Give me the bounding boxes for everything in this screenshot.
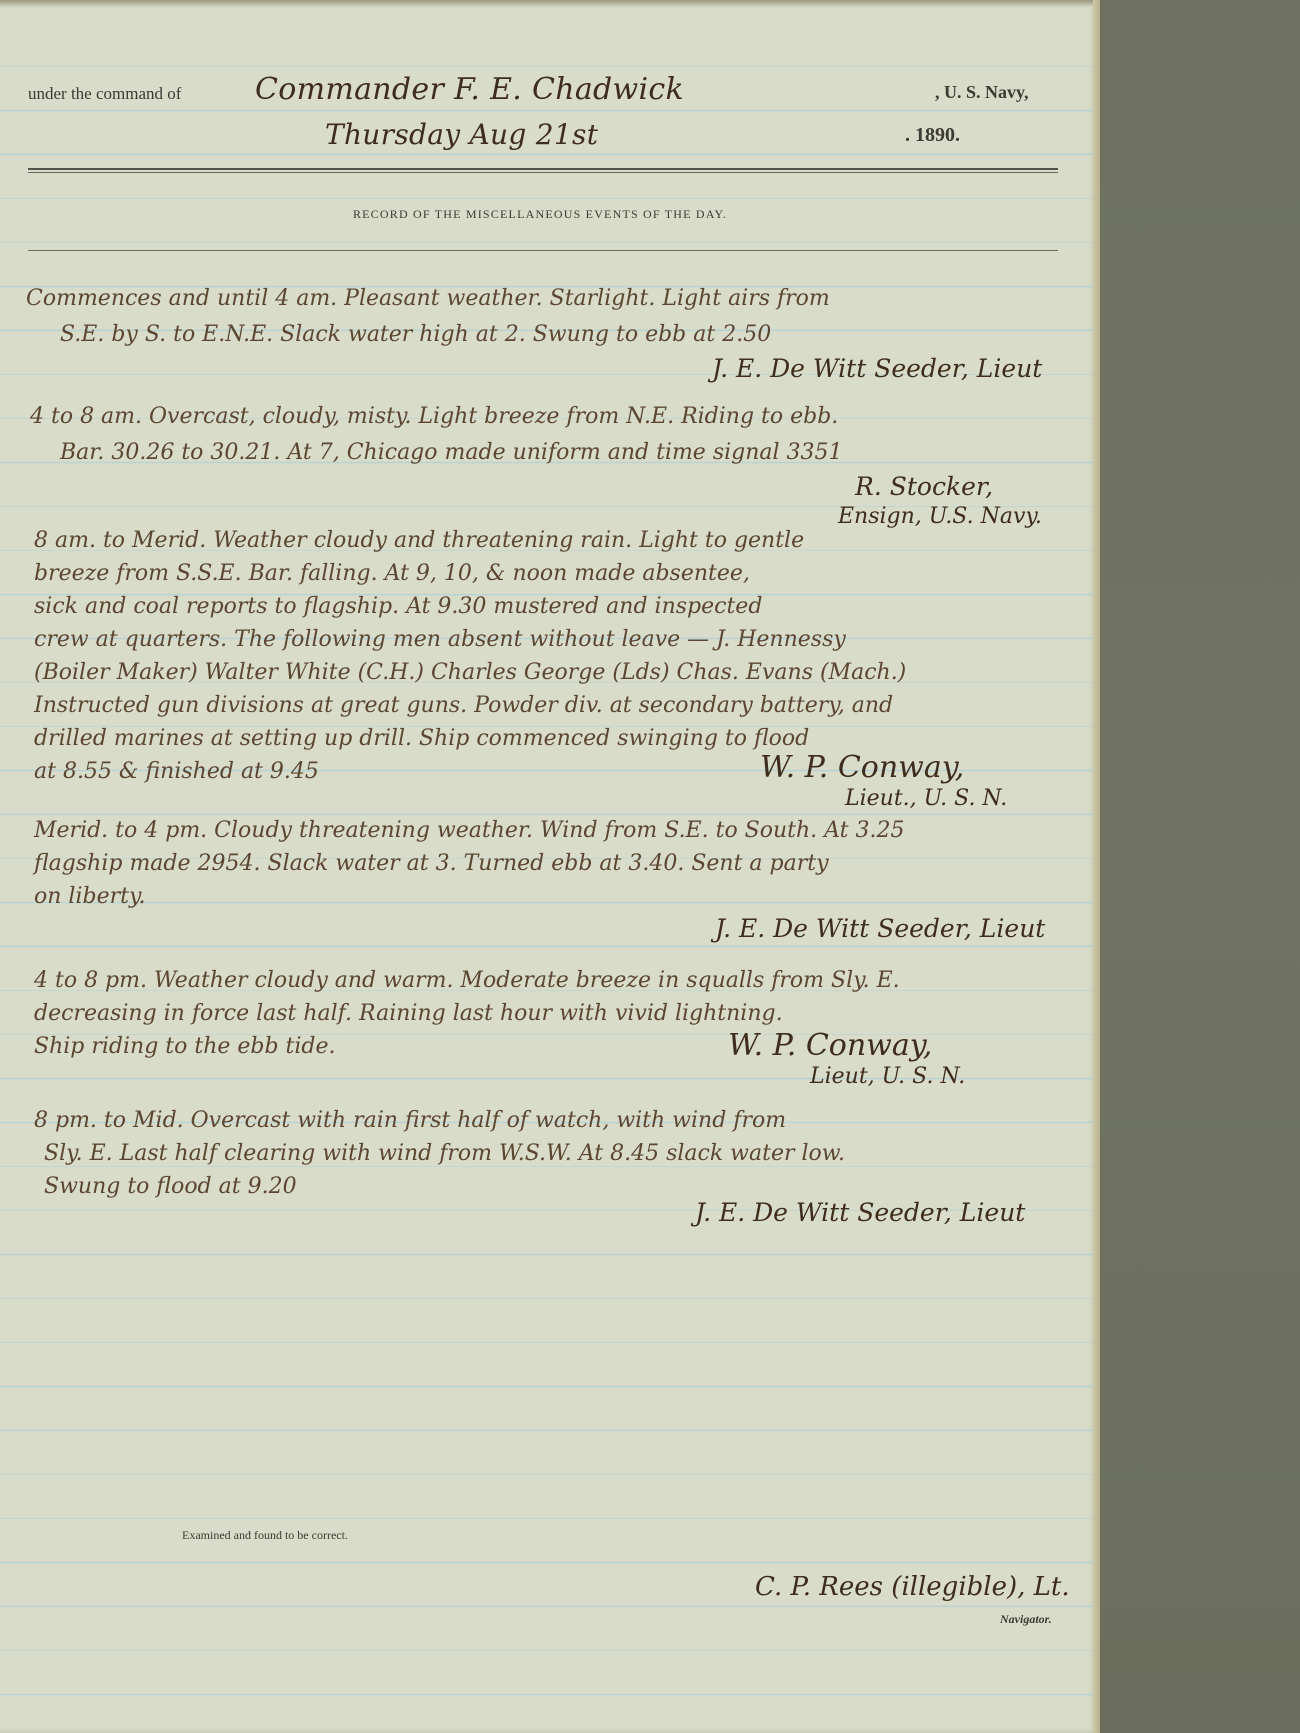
officer-rank: Lieut, U. S. N. [810,1064,965,1089]
officer-signature: R. Stocker, [855,472,993,501]
entry-line: 8 pm. to Mid. Overcast with rain first h… [34,1108,786,1133]
service-label: , U. S. Navy, [935,82,1029,103]
entry-line: sick and coal reports to flagship. At 9.… [34,594,762,619]
officer-rank: Lieut., U. S. N. [845,786,1007,811]
entry-line: 8 am. to Merid. Weather cloudy and threa… [34,528,804,553]
header-divider [28,168,1058,173]
entry-line: Sly. E. Last half clearing with wind fro… [44,1141,845,1166]
entry-line: Instructed gun divisions at great guns. … [34,693,893,718]
entry-line: 4 to 8 am. Overcast, cloudy, misty. Ligh… [30,404,838,429]
entry-line: Swung to flood at 9.20 [44,1174,297,1199]
officer-signature: J. E. De Witt Seeder, Lieut [695,1198,1025,1227]
navigator-label: Navigator. [1000,1612,1052,1627]
year: . 1890. [905,124,960,147]
command-label: under the command of [28,84,181,104]
entry-line: breeze from S.S.E. Bar. falling. At 9, 1… [34,561,750,586]
entry-line: 4 to 8 pm. Weather cloudy and warm. Mode… [34,968,900,993]
officer-signature: W. P. Conway, [728,1028,932,1063]
entry-line: flagship made 2954. Slack water at 3. Tu… [34,851,829,876]
examined-label: Examined and found to be correct. [182,1528,348,1543]
commander-name: Commander F. E. Chadwick [255,72,684,107]
entry-line: (Boiler Maker) Walter White (C.H.) Charl… [34,660,906,685]
officer-signature: J. E. De Witt Seeder, Lieut [715,914,1045,943]
entry-line: Bar. 30.26 to 30.21. At 7, Chicago made … [60,440,843,465]
entry-line: Merid. to 4 pm. Cloudy threatening weath… [34,818,904,843]
entry-line: S.E. by S. to E.N.E. Slack water high at… [60,322,771,347]
page-top-shadow [0,0,1100,8]
day-date: Thursday Aug 21st [325,118,598,151]
entry-line: drilled marines at setting up drill. Shi… [34,726,809,751]
page-edge [1093,0,1100,1733]
officer-signature: W. P. Conway, [760,750,964,785]
entry-line: at 8.55 & finished at 9.45 [34,759,319,784]
entry-line: Ship riding to the ebb tide. [34,1034,336,1059]
navigator-signature: C. P. Rees (illegible), Lt. [755,1572,1070,1602]
section-divider [28,250,1058,251]
officer-rank: Ensign, U.S. Navy. [838,504,1042,529]
entry-line: crew at quarters. The following men abse… [34,627,846,652]
log-book-page: under the command of Commander F. E. Cha… [0,0,1100,1733]
background-surface [1100,0,1300,1733]
entry-line: Commences and until 4 am. Pleasant weath… [26,286,830,311]
entry-line: decreasing in force last half. Raining l… [34,1001,783,1026]
section-title: RECORD OF THE MISCELLANEOUS EVENTS OF TH… [0,207,1080,222]
entry-line: on liberty. [34,884,145,909]
officer-signature: J. E. De Witt Seeder, Lieut [712,354,1042,383]
